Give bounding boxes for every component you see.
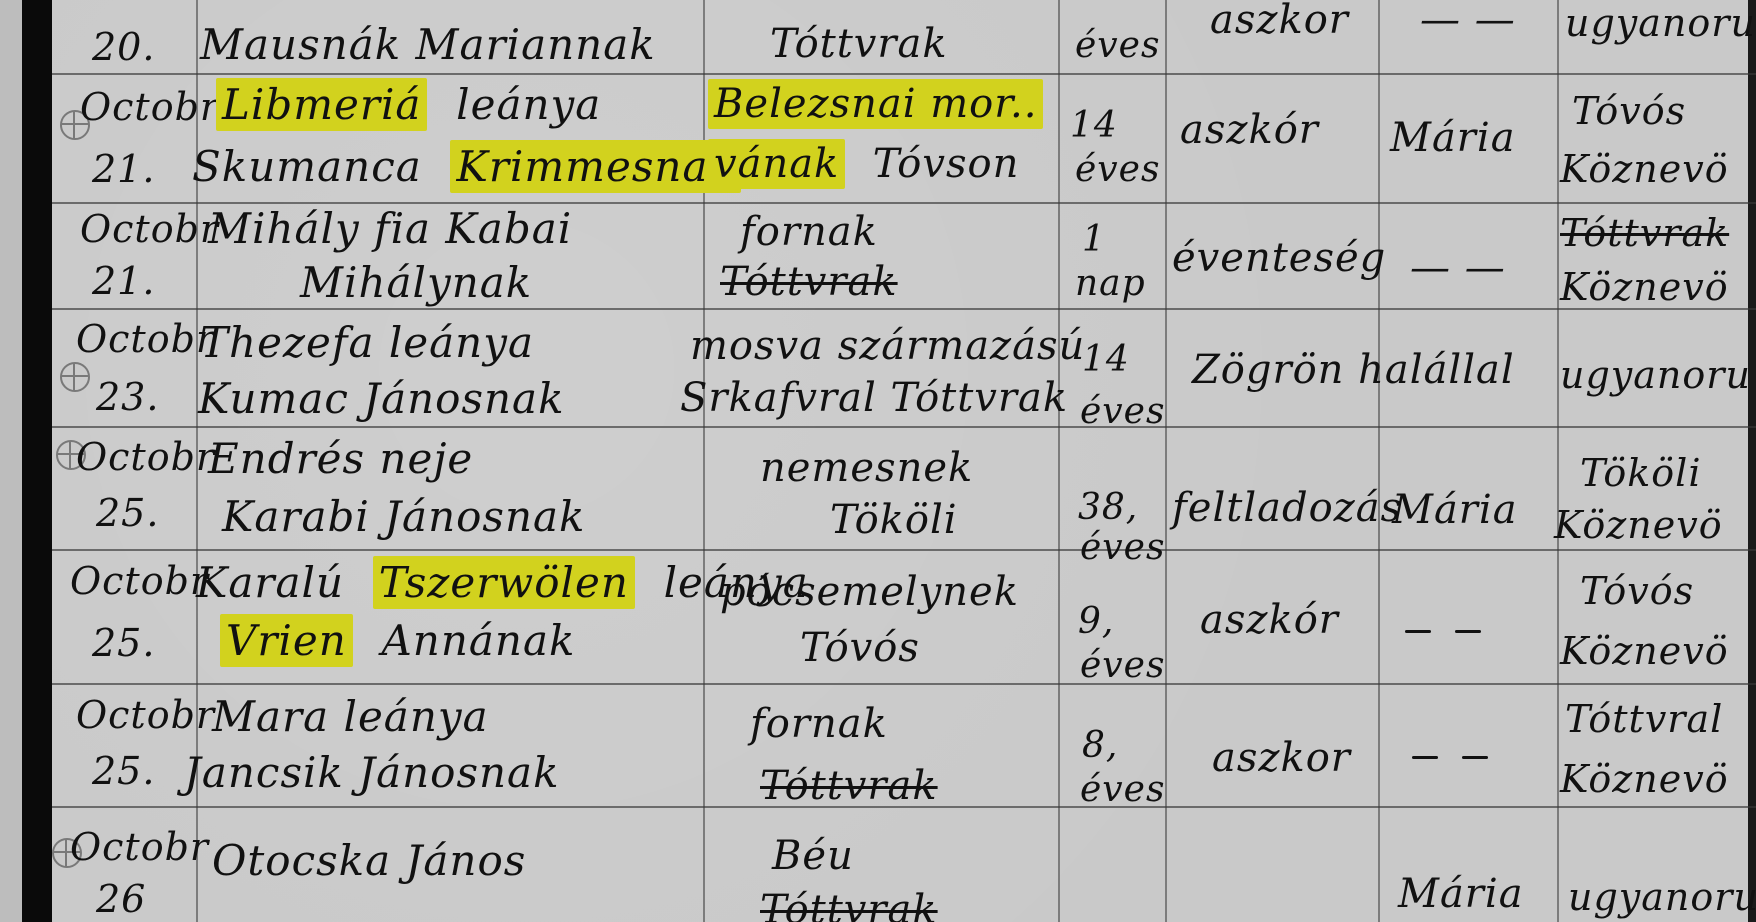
entry-cause: éventeség — [1172, 238, 1386, 278]
entry-day: 21. — [92, 262, 155, 300]
register-page: 20. Mausnák Mariannak Tóttvrak éves aszk… — [0, 0, 1756, 922]
entry-month: Octobr — [76, 438, 215, 476]
entry-cause: feltladozás — [1172, 488, 1402, 528]
margin-cross-mark — [60, 362, 90, 392]
empty-sacrament-dash — [1405, 630, 1431, 633]
entry-month: Octobr — [70, 828, 209, 866]
entry-name-line2: Skumanca Krimmesnak — [192, 146, 741, 188]
entry-sacrament: Mária — [1398, 874, 1524, 914]
name-given: Annának — [367, 616, 575, 665]
row-rule — [52, 549, 1756, 551]
entry-burial-line2: Köznevö — [1560, 150, 1729, 188]
entry-cause: aszkor — [1212, 738, 1351, 778]
highlighted-name: Vrien — [220, 614, 353, 667]
name-surname: Karalú — [196, 558, 358, 607]
binding-edge — [22, 0, 52, 922]
entry-burial-line1: Tóttvral — [1565, 700, 1723, 738]
column-rule-cause — [1378, 0, 1380, 922]
entry-age-unit: éves — [1080, 648, 1165, 684]
entry-place-line1: Béu — [772, 836, 854, 876]
entry-name: Otocska János — [212, 840, 526, 882]
entry-place-line2: Srkafvral Tóttvrak — [680, 378, 1068, 418]
entry-burial-line2: Köznevö — [1560, 760, 1729, 798]
entry-sacrament: Mária — [1390, 118, 1516, 158]
entry-place-line2: Tóttvrak — [760, 890, 938, 922]
entry-place-line2: Tóvós — [800, 628, 920, 668]
column-rule-place — [1058, 0, 1060, 922]
entry-place-line2: Tóttvrak — [760, 766, 938, 806]
entry-place-line1: fornak — [750, 704, 888, 744]
entry-place-line1: nemesnek — [760, 448, 973, 488]
entry-cause: aszkór — [1200, 600, 1339, 640]
entry-day: 25. — [96, 494, 159, 532]
entry-day: 26 — [96, 880, 146, 918]
entry-place: Tóttvrak — [770, 24, 948, 64]
entry-age: 8, — [1082, 728, 1118, 764]
name-relation: leánya — [442, 80, 602, 129]
entry-age: 9, — [1078, 604, 1114, 640]
entry-sacrament: Mária — [1392, 490, 1518, 530]
entry-day: 25. — [92, 624, 155, 662]
entry-burial-line1: Tóvós — [1572, 92, 1686, 130]
highlighted-place: Belezsnai mor.. — [708, 79, 1043, 129]
entry-burial: ugyanoru — [1568, 878, 1756, 916]
row-rule — [52, 683, 1756, 685]
entry-name-line1: Karalú Tszerwölen leánya — [196, 562, 809, 604]
entry-age-unit: nap — [1075, 266, 1146, 302]
entry-place-line1: mosva származású — [690, 326, 1085, 366]
entry-age-unit: éves — [1075, 28, 1160, 64]
entry-place-line2: vának Tóvson — [708, 144, 1019, 184]
entry-place-line1: pócsemelynek — [720, 572, 1019, 612]
row-rule — [52, 73, 1756, 75]
column-rule-name — [703, 0, 705, 922]
entry-age-unit: éves — [1075, 152, 1160, 188]
entry-month: Octobr — [80, 210, 219, 248]
entry-day: 25. — [92, 752, 155, 790]
highlighted-place: vának — [708, 139, 845, 189]
entry-day: 21. — [92, 150, 155, 188]
entry-month: Octobr — [76, 320, 215, 358]
entry-name-line2: Mihálynak — [300, 262, 532, 304]
highlighted-name: Krimmesnak — [450, 140, 741, 193]
entry-age: 38, — [1078, 490, 1138, 526]
entry-age: 14 — [1082, 342, 1130, 378]
entry-age: 1 — [1082, 222, 1106, 258]
empty-sacrament-dash — [1462, 756, 1488, 759]
entry-name-line1: Endrés neje — [208, 438, 473, 480]
entry-burial-line1: Tököli — [1580, 454, 1701, 492]
entry-cause: aszkór — [1180, 110, 1319, 150]
entry-burial-line2: Köznevö — [1560, 632, 1729, 670]
entry-name-line2: Karabi Jánosnak — [222, 496, 586, 538]
entry-place-line1: fornak — [740, 212, 878, 252]
entry-month: Octobr — [70, 562, 209, 600]
entry-sacrament: — — — [1410, 248, 1506, 288]
entry-name: Mausnák Mariannak — [200, 24, 656, 66]
entry-cause: aszkor — [1210, 0, 1349, 40]
entry-burial: ugyanoru — [1565, 4, 1756, 42]
entry-age: 14 — [1070, 108, 1118, 144]
highlighted-name: Libmeriá — [216, 78, 427, 131]
place-town: Tóvson — [859, 141, 1019, 187]
page-right-edge — [1748, 0, 1756, 922]
entry-name-line2: Jancsik Jánosnak — [184, 752, 560, 794]
entry-burial-line2: Köznevö — [1560, 268, 1729, 306]
entry-sacrament: — — — [1420, 0, 1516, 40]
entry-day: 20. — [92, 28, 155, 66]
entry-month: Octobr — [76, 696, 215, 734]
row-rule — [52, 308, 1756, 310]
entry-place-line1: Belezsnai mor.. — [708, 84, 1043, 124]
highlighted-name: Tszerwölen — [373, 556, 635, 609]
column-rule-sacrament — [1557, 0, 1559, 922]
entry-name-line1: Mihály fia Kabai — [208, 208, 572, 250]
entry-name-line1: Thezefa leánya — [200, 322, 534, 364]
entry-burial-line2: Köznevö — [1554, 506, 1723, 544]
entry-name-line2: Kumac Jánosnak — [198, 378, 565, 420]
entry-name-line2: Vrien Annának — [220, 620, 575, 662]
empty-sacrament-dash — [1412, 756, 1438, 759]
entry-month: Octobr — [80, 88, 219, 126]
entry-cause: Zögrön halállal — [1192, 350, 1515, 390]
entry-burial-line1: Tóvós — [1580, 572, 1694, 610]
entry-burial: ugyanoru — [1560, 356, 1751, 394]
scan-margin — [0, 0, 22, 922]
entry-name-line1: Libmeriá leánya — [216, 84, 601, 126]
entry-age-unit: éves — [1080, 772, 1165, 808]
entry-place-line2: Tököli — [830, 500, 958, 540]
row-rule — [52, 426, 1756, 428]
empty-sacrament-dash — [1455, 630, 1481, 633]
entry-place-line2: Tóttvrak — [720, 262, 898, 302]
name-surname: Skumanca — [192, 142, 436, 191]
entry-age-unit: éves — [1080, 530, 1165, 566]
entry-day: 23. — [96, 378, 159, 416]
entry-age-unit: éves — [1080, 394, 1165, 430]
entry-burial-line1: Tóttvrak — [1560, 214, 1729, 252]
entry-name-line1: Mara leánya — [212, 696, 489, 738]
